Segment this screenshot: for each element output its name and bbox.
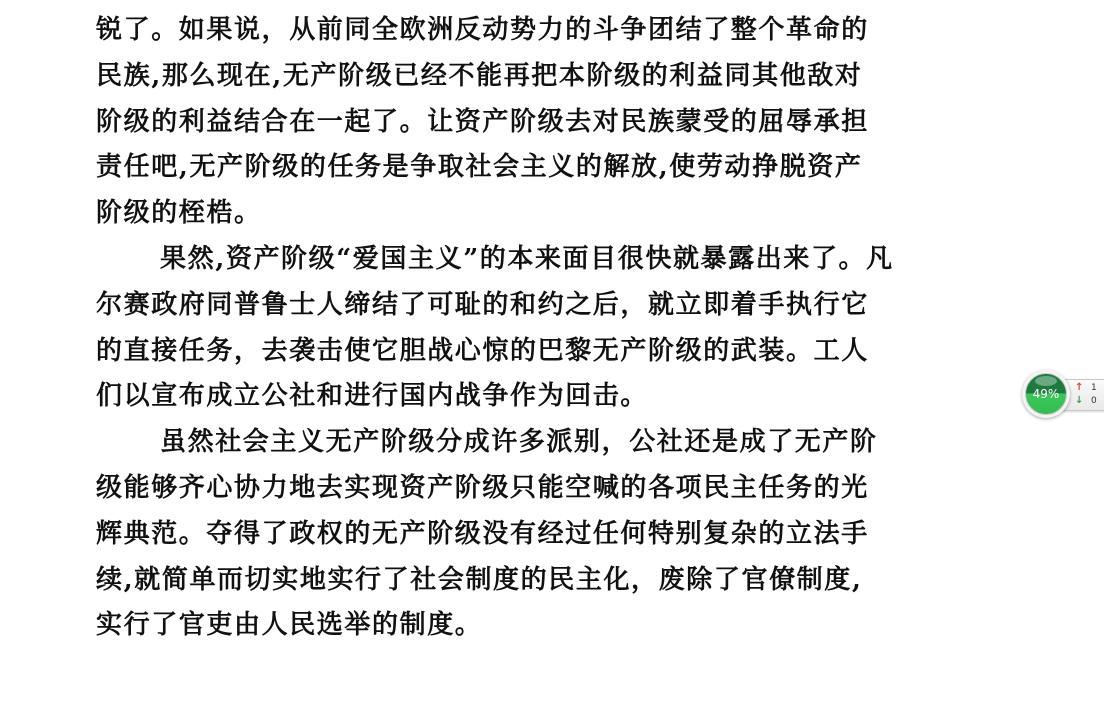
text-line: 责任吧,无产阶级的任务是争取社会主义的解放,使劳动挣脱资产 — [96, 145, 986, 191]
document-page: 锐了。如果说，从前同全欧洲反动势力的斗争团结了整个革命的 民族,那么现在,无产阶… — [0, 0, 1104, 725]
paragraph-start-line: 果然,资产阶级“爱国主义”的本来面目很快就暴露出来了。凡 — [96, 237, 986, 283]
text-line: 阶级的桎梏。 — [96, 191, 986, 237]
text-line: 级能够齐心协力地去实现资产阶级只能空喊的各项民主任务的光 — [96, 466, 986, 512]
text-line: 续,就简单而切实地实行了社会制度的民主化，废除了官僚制度, — [96, 558, 986, 604]
usage-ball[interactable]: 49% — [1022, 370, 1070, 418]
text-line: 锐了。如果说，从前同全欧洲反动势力的斗争团结了整个革命的 — [96, 8, 986, 54]
usage-percent-label: 49% — [1026, 374, 1066, 414]
paragraph-start-line: 虽然社会主义无产阶级分成许多派别，公社还是成了无产阶 — [96, 420, 986, 466]
arrow-down-icon: ↓ — [1075, 395, 1083, 407]
text-line: 们以宣布成立公社和进行国内战争作为回击。 — [96, 374, 986, 420]
arrow-up-icon: ↑ — [1075, 382, 1083, 394]
upload-rate: 1 — [1091, 382, 1097, 394]
text-line: 阶级的利益结合在一起了。让资产阶级去对民族蒙受的屈辱承担 — [96, 100, 986, 146]
download-rate: 0 — [1091, 395, 1097, 407]
text-line: 的直接任务，去袭击使它胆战心惊的巴黎无产阶级的武装。工人 — [96, 329, 986, 375]
text-line: 尔赛政府同普鲁士人缔结了可耻的和约之后，就立即着手执行它 — [96, 283, 986, 329]
text-line: 辉典范。夺得了政权的无产阶级没有经过任何特别复杂的立法手 — [96, 512, 986, 558]
usage-ball-fill: 49% — [1025, 373, 1067, 415]
text-line: 民族,那么现在,无产阶级已经不能再把本阶级的利益同其他敌对 — [96, 54, 986, 100]
document-text: 锐了。如果说，从前同全欧洲反动势力的斗争团结了整个革命的 民族,那么现在,无产阶… — [96, 8, 986, 649]
text-line: 实行了官吏由人民选举的制度。 — [96, 603, 986, 649]
memory-speed-widget[interactable]: ↑ 1 ↓ 0 49% — [1022, 370, 1104, 418]
